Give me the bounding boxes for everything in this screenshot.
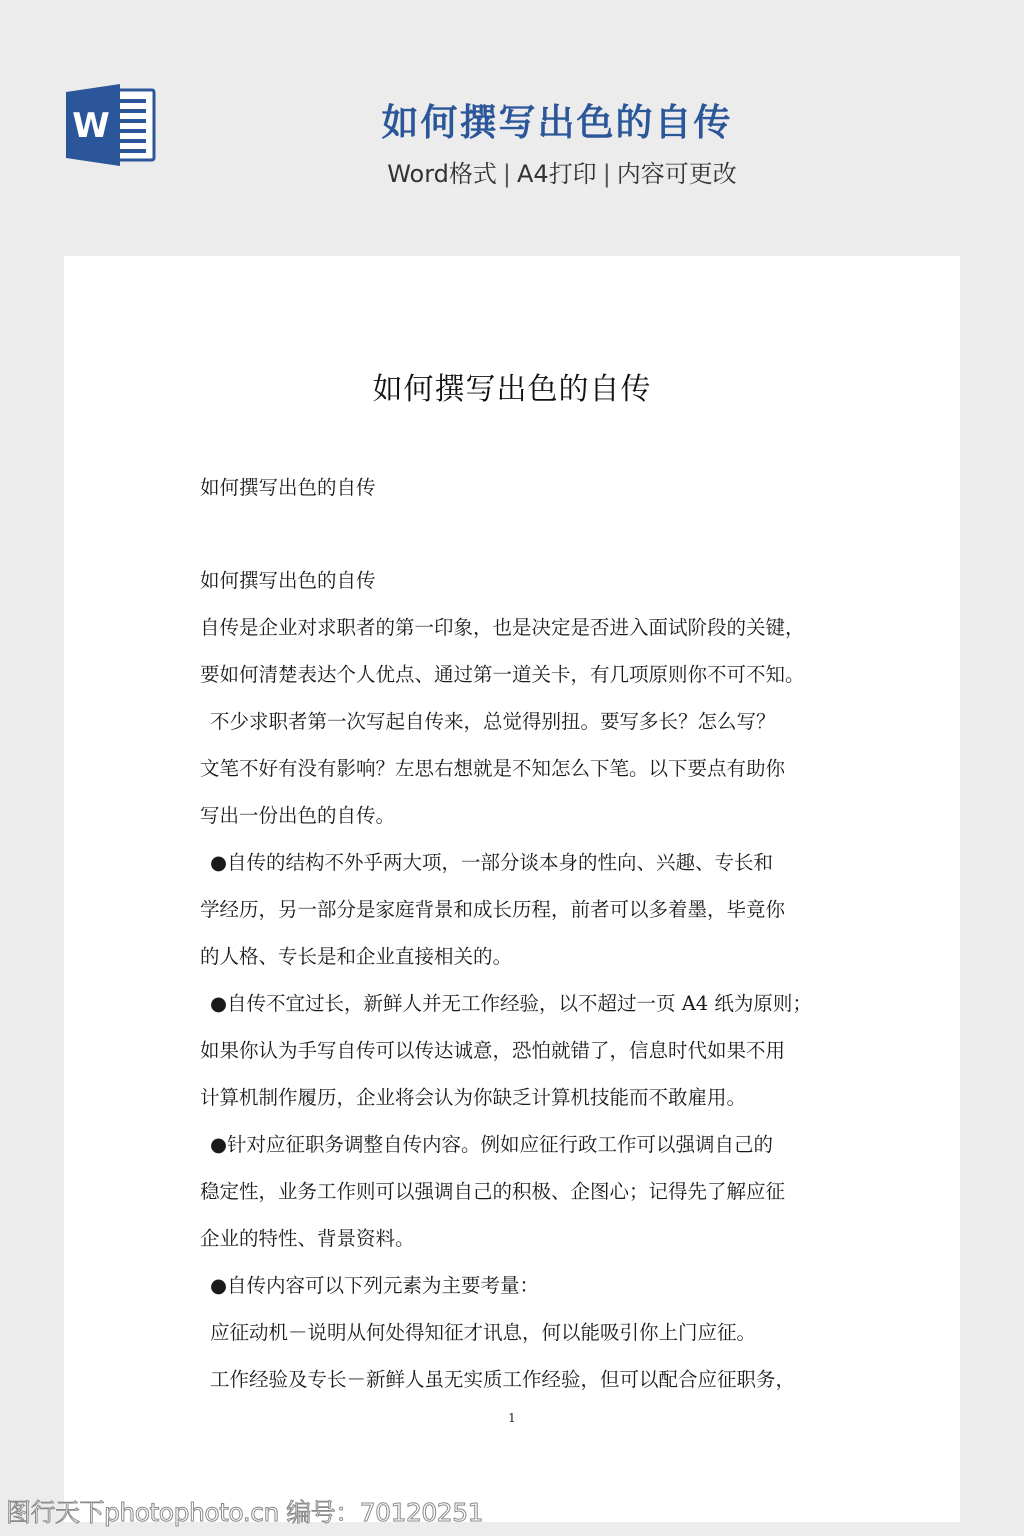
paragraph-line: 稳定性，业务工作则可以强调自己的积极、企图心；记得先了解应征 [200,1168,840,1215]
paragraph-line: 文笔不好有没有影响？左思右想就是不知怎么下笔。以下要点有助你 [200,745,840,792]
bullet-line: ●自传不宜过长，新鲜人并无工作经验，以不超过一页 A4 纸为原则； [200,980,840,1027]
paragraph-line: 如果你认为手写自传可以传达诚意，恐怕就错了，信息时代如果不用 [200,1027,840,1074]
subtitle-separator: | [497,160,517,188]
paragraph-line: 写出一份出色的自传。 [200,792,840,839]
paragraph-line: 计算机制作履历，企业将会认为你缺乏计算机技能而不敢雇用。 [200,1074,840,1121]
subtitle-editable: 内容可更改 [617,160,737,188]
document-title: 如何撰写出色的自传 [64,364,960,408]
subtitle-print: A4打印 [517,160,597,188]
paragraph-line: 工作经验及专长－新鲜人虽无实质工作经验，但可以配合应征职务， [200,1356,840,1403]
paragraph-line: 如何撰写出色的自传 [200,557,840,604]
paragraph-line: 如何撰写出色的自传 [200,464,840,511]
header-title: 如何撰写出色的自传 [90,92,1024,146]
document-body: 如何撰写出色的自传 如何撰写出色的自传 自传是企业对求职者的第一印象，也是决定是… [200,464,840,1403]
paragraph-line: 要如何清楚表达个人优点、通过第一道关卡，有几项原则你不可不知。 [200,651,840,698]
bullet-line: ●针对应征职务调整自传内容。例如应征行政工作可以强调自己的 [200,1121,840,1168]
subtitle-format: Word格式 [387,160,497,188]
paragraph-line: 自传是企业对求职者的第一印象，也是决定是否进入面试阶段的关键， [200,604,840,651]
bullet-line: ●自传内容可以下列元素为主要考量： [200,1262,840,1309]
paragraph-line: 的人格、专长是和企业直接相关的。 [200,933,840,980]
bullet-line: ●自传的结构不外乎两大项，一部分谈本身的性向、兴趣、专长和 [200,839,840,886]
header-subtitle: Word格式|A4打印|内容可更改 [100,154,1024,189]
page-number: 1 [64,1411,960,1425]
document-page: 如何撰写出色的自传 如何撰写出色的自传 如何撰写出色的自传 自传是企业对求职者的… [64,256,960,1522]
paragraph-line: 学经历，另一部分是家庭背景和成长历程，前者可以多着墨，毕竟你 [200,886,840,933]
paragraph-line: 企业的特性、背景资料。 [200,1215,840,1262]
paragraph-line: 不少求职者第一次写起自传来，总觉得别扭。要写多长？怎么写？ [200,698,840,745]
subtitle-separator: | [597,160,617,188]
blank-line [200,511,840,557]
watermark: 图行天下photophoto.cn 编号：70120251 [6,1493,483,1529]
paragraph-line: 应征动机－说明从何处得知征才讯息，何以能吸引你上门应征。 [200,1309,840,1356]
